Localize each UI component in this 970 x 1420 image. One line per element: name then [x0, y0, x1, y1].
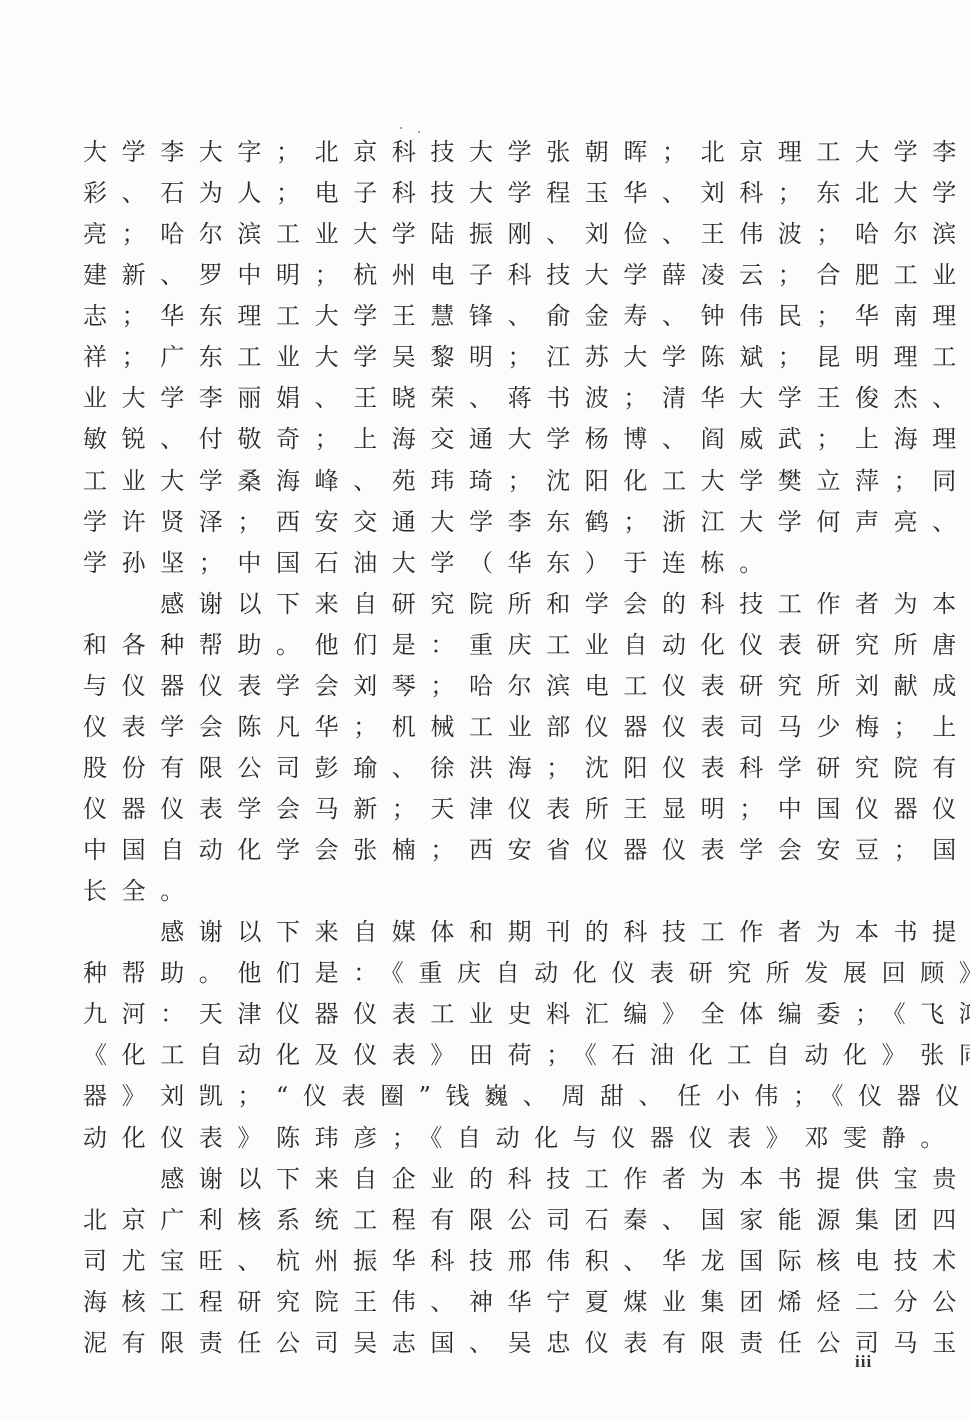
paragraph-start-line: 感谢以下来自研究院所和学会的科技工作者为本书提供宝贵的素材 — [83, 584, 873, 625]
text-line: 大学李大字；北京科技大学张朝晖；北京理工大学李翠玲；重庆大学郭永 — [83, 132, 873, 173]
text-line: 《化工自动化及仪表》田荷；《石油化工自动化》张同科；《仪表技术与传感 — [83, 1035, 873, 1076]
paragraph-end-line: 学孙坚；中国石油大学（华东）于连栋。 — [83, 543, 873, 584]
text-line: 和各种帮助。他们是：重庆工业自动化仪表研究所唐怀斌；重庆市自动化 — [83, 625, 873, 666]
text-line: 司尤宝旺、杭州振华科技邢伟积、华龙国际核电技术有限公司张瑞萍、上 — [83, 1241, 873, 1282]
scan-speck — [400, 127, 402, 129]
text-line: 志；华东理工大学王慧锋、俞金寿、钟伟民；华南理工大学刘桂雄、薛家 — [83, 296, 873, 337]
text-line: 仪表学会陈凡华；机械工业部仪器仪表司马少梅；上海自动化仪表研究院 — [83, 707, 873, 748]
paragraph-end-line: 动化仪表》陈玮彦；《自动化与仪器仪表》邓雯静。 — [83, 1118, 873, 1159]
text-line: 业大学李丽娟、王晓荣、蒋书波；清华大学王俊杰、金以慧；上海大学费 — [83, 378, 873, 419]
text-line: 祥；广东工业大学吴黎明；江苏大学陈斌；昆明理工大学毛剑琳；南京工 — [83, 337, 873, 378]
document-page: 大学李大字；北京科技大学张朝晖；北京理工大学李翠玲；重庆大学郭永 彩、石为人；电… — [0, 0, 970, 1420]
text-line: 敏锐、付敬奇；上海交通大学杨博、阎威武；上海理工大学沈昱明；沈阳 — [83, 419, 873, 460]
text-line: 与仪器仪表学会刘琴；哈尔滨电工仪表研究所刘献成、于雷；杭州市仪器 — [83, 666, 873, 707]
text-line: 九河：天津仪器仪表工业史料汇编》全体编委；《飞鸿踏雪泥》全体编委； — [83, 994, 873, 1035]
text-line: 种帮助。他们是：《重庆自动化仪表研究所发展回顾》全体编委；《春燕舞 — [83, 953, 873, 994]
text-line: 仪器仪表学会马新；天津仪表所王显明；中国仪器仪表行业协会李跃光； — [83, 789, 873, 830]
paragraph-start-line: 感谢以下来自媒体和期刊的科技工作者为本书提供宝贵的素材和各 — [83, 912, 873, 953]
text-line: 亮；哈尔滨工业大学陆振刚、刘俭、王伟波；哈尔滨理工大学马怀俭、盖 — [83, 214, 873, 255]
paragraph-start-line: 感谢以下来自企业的科技工作者为本书提供宝贵的素材及各种帮助： — [83, 1159, 873, 1200]
page-number: iii — [855, 1352, 872, 1372]
text-line: 彩、石为人；电子科技大学程玉华、刘科；东北大学王玉涛、王琦、高宏 — [83, 173, 873, 214]
text-line: 北京广利核系统工程有限公司石秦、国家能源集团四川天明发电有限公 — [83, 1200, 873, 1241]
text-line: 器》刘凯；“仪表圈”钱巍、周甜、任小伟；《仪器仪表学报》殷佳丽；《自 — [83, 1076, 873, 1117]
text-line: 海核工程研究院王伟、神华宁夏煤业集团烯烃二分公司庄稼、芜湖海螺水 — [83, 1282, 873, 1323]
text-line: 工业大学桑海峰、苑玮琦；沈阳化工大学樊立萍；同济大学李莉；武汉大 — [83, 461, 873, 502]
text-line: 建新、罗中明；杭州电子科技大学薛凌云；合肥工业大学刘晓平、黄云 — [83, 255, 873, 296]
text-line: 股份有限公司彭瑜、徐洪海；沈阳仪表科学研究院有限公司张阳；四川省 — [83, 748, 873, 789]
text-line: 泥有限责任公司吴志国、吴忠仪表有限责任公司马玉山、西仪集团（原西 — [83, 1323, 873, 1364]
text-line: 学许贤泽；西安交通大学李东鹤；浙江大学何声亮、祝和云；中国计量大 — [83, 502, 873, 543]
text-line: 中国自动化学会张楠；西安省仪器仪表学会安豆；国家市场监管总局杜 — [83, 830, 873, 871]
acknowledgement-body: 大学李大字；北京科技大学张朝晖；北京理工大学李翠玲；重庆大学郭永 彩、石为人；电… — [83, 132, 873, 1364]
paragraph-end-line: 长全。 — [83, 871, 873, 912]
